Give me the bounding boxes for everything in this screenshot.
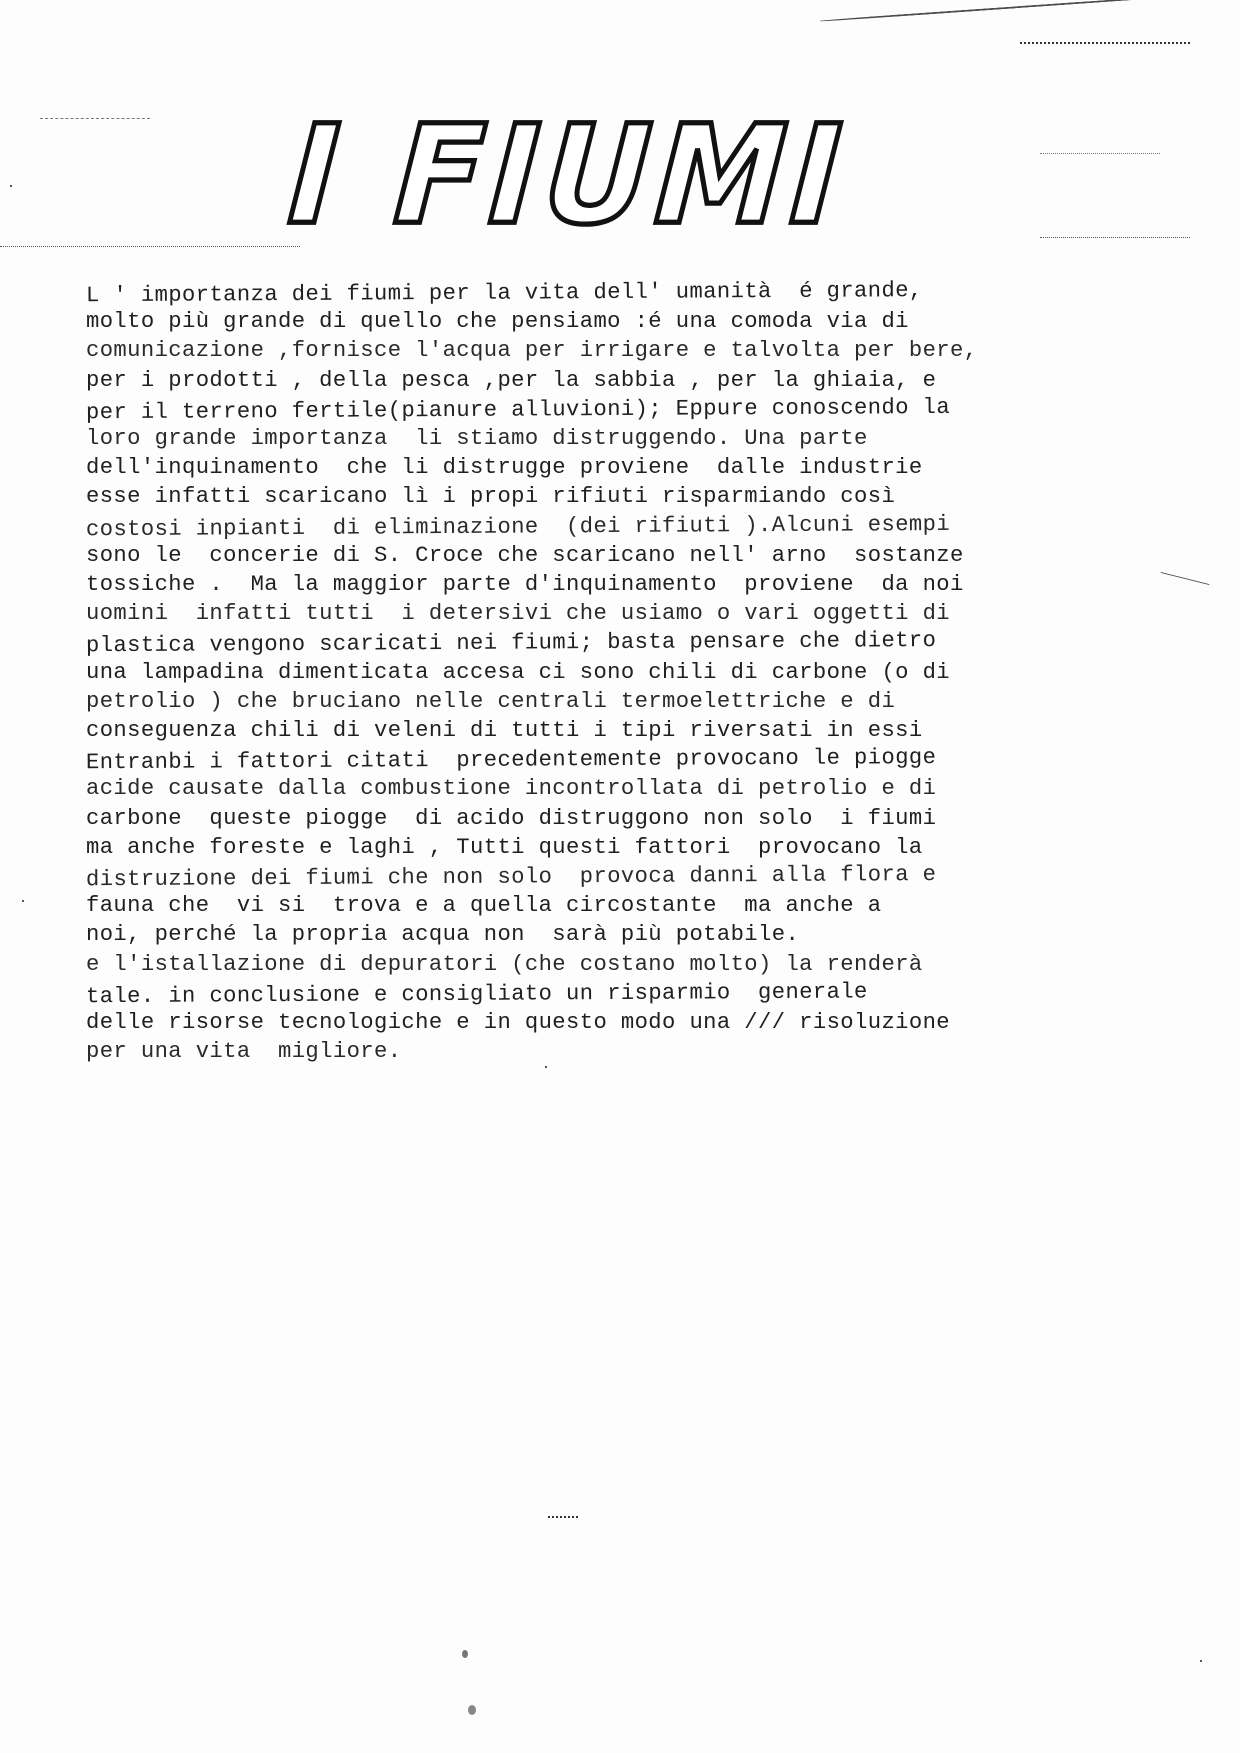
text-line: carbone queste piogge di acido distruggo…	[86, 804, 1146, 833]
text-line: Entranbi i fattori citati precedentement…	[86, 742, 1146, 778]
text-line: petrolio ) che bruciano nelle centrali t…	[86, 687, 1146, 716]
scan-mark	[1040, 153, 1160, 154]
text-line: loro grande importanza li stiamo distrug…	[86, 424, 1146, 453]
scan-mark	[0, 246, 300, 247]
text-line: una lampadina dimenticata accesa ci sono…	[86, 658, 1146, 687]
scan-mark	[1161, 572, 1210, 585]
page-title: I FIUMI	[285, 107, 850, 244]
scan-speck	[462, 1650, 468, 1658]
text-line: tossiche . Ma la maggior parte d'inquina…	[86, 570, 1146, 599]
text-line: plastica vengono scaricati nei fiumi; ba…	[86, 625, 1146, 661]
text-line: molto più grande di quello che pensiamo …	[86, 307, 1146, 336]
scan-mark	[1040, 237, 1190, 238]
text-line: per i prodotti , della pesca ,per la sab…	[86, 366, 1146, 395]
scan-mark	[1020, 42, 1190, 44]
scan-mark	[40, 118, 150, 119]
text-line: e l'istallazione di depuratori (che cost…	[86, 950, 1146, 979]
scan-speck	[1200, 1660, 1202, 1662]
text-line: per una vita migliore.	[86, 1037, 1146, 1066]
scan-speck	[468, 1705, 476, 1715]
scanned-page: I FIUMI L ' importanza dei fiumi per la …	[0, 0, 1240, 1753]
scan-mark	[548, 1516, 578, 1518]
text-line: fauna che vi si trova e a quella circost…	[86, 891, 1146, 920]
text-line: ma anche foreste e laghi , Tutti questi …	[86, 833, 1146, 862]
scan-speck	[545, 1066, 547, 1068]
scan-speck	[22, 900, 24, 902]
text-line: costosi inpianti di eliminazione (dei ri…	[86, 508, 1146, 544]
text-line: uomini infatti tutti i detersivi che usi…	[86, 599, 1146, 628]
essay-body: L ' importanza dei fiumi per la vita del…	[86, 278, 1146, 1066]
scan-mark	[820, 0, 1199, 22]
text-line: dell'inquinamento che li distrugge provi…	[86, 453, 1146, 482]
text-line: per il terreno fertile(pianure alluvioni…	[86, 392, 1146, 428]
text-line: distruzione dei fiumi che non solo provo…	[86, 859, 1146, 895]
text-line: delle risorse tecnologiche e in questo m…	[86, 1008, 1146, 1037]
text-line: noi, perché la propria acqua non sarà pi…	[86, 920, 1146, 949]
title-block: I FIUMI	[290, 100, 890, 250]
text-line: tale. in conclusione e consigliato un ri…	[86, 976, 1146, 1012]
scan-speck	[10, 185, 12, 187]
text-line: esse infatti scaricano lì i propi rifiut…	[86, 482, 1146, 511]
text-line: sono le concerie di S. Croce che scarica…	[86, 541, 1146, 570]
text-line: conseguenza chili di veleni di tutti i t…	[86, 716, 1146, 745]
text-line: comunicazione ,fornisce l'acqua per irri…	[86, 336, 1146, 365]
text-line: L ' importanza dei fiumi per la vita del…	[86, 275, 1146, 311]
text-line: acide causate dalla combustione incontro…	[86, 774, 1146, 803]
